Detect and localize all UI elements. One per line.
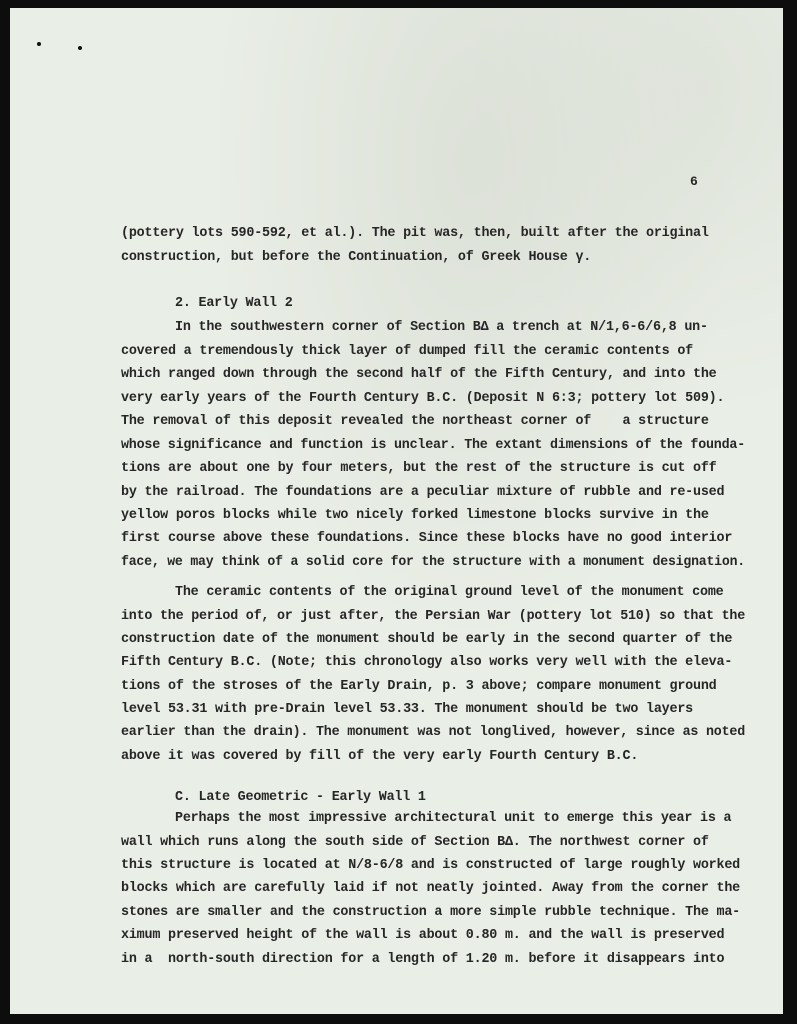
text-line: C. Late Geometric - Early Wall 1	[175, 790, 426, 805]
text-line: level 53.31 with pre-Drain level 53.33. …	[121, 702, 693, 717]
text-line: earlier than the drain). The monument wa…	[121, 725, 745, 740]
text-line: blocks which are carefully laid if not n…	[121, 881, 740, 896]
text-line: very early years of the Fourth Century B…	[121, 391, 724, 406]
text-line: Perhaps the most impressive architectura…	[175, 811, 731, 826]
text-line: by the railroad. The foundations are a p…	[121, 485, 724, 500]
document-page: 6 (pottery lots 590-592, et al.). The pi…	[10, 8, 783, 1014]
text-line: The removal of this deposit revealed the…	[121, 414, 709, 429]
text-line: tions of the stroses of the Early Drain,…	[121, 679, 717, 694]
punch-mark	[78, 46, 82, 50]
text-line: above it was covered by fill of the very…	[121, 749, 638, 764]
text-line: face, we may think of a solid core for t…	[121, 555, 745, 570]
text-line: covered a tremendously thick layer of du…	[121, 344, 693, 359]
text-line: first course above these foundations. Si…	[121, 531, 732, 546]
text-line: construction, but before the Continuatio…	[121, 250, 591, 265]
text-line: yellow poros blocks while two nicely for…	[121, 508, 709, 523]
text-line: ximum preserved height of the wall is ab…	[121, 928, 724, 943]
text-line: whose significance and function is uncle…	[121, 438, 745, 453]
text-line: 2. Early Wall 2	[175, 296, 293, 311]
text-line: Fifth Century B.C. (Note; this chronolog…	[121, 655, 732, 670]
text-line: into the period of, or just after, the P…	[121, 609, 745, 624]
text-line: In the southwestern corner of Section BΔ…	[175, 320, 708, 335]
text-line: construction date of the monument should…	[121, 632, 732, 647]
text-line: in a north-south direction for a length …	[121, 952, 724, 967]
text-line: wall which runs along the south side of …	[121, 835, 709, 850]
text-line: this structure is located at N/8-6/8 and…	[121, 858, 740, 873]
text-line: which ranged down through the second hal…	[121, 367, 717, 382]
text-line: (pottery lots 590-592, et al.). The pit …	[121, 226, 709, 241]
punch-mark	[37, 42, 41, 46]
text-line: tions are about one by four meters, but …	[121, 461, 717, 476]
text-line: The ceramic contents of the original gro…	[175, 585, 724, 600]
page-number: 6	[690, 174, 698, 189]
text-line: stones are smaller and the construction …	[121, 905, 740, 920]
